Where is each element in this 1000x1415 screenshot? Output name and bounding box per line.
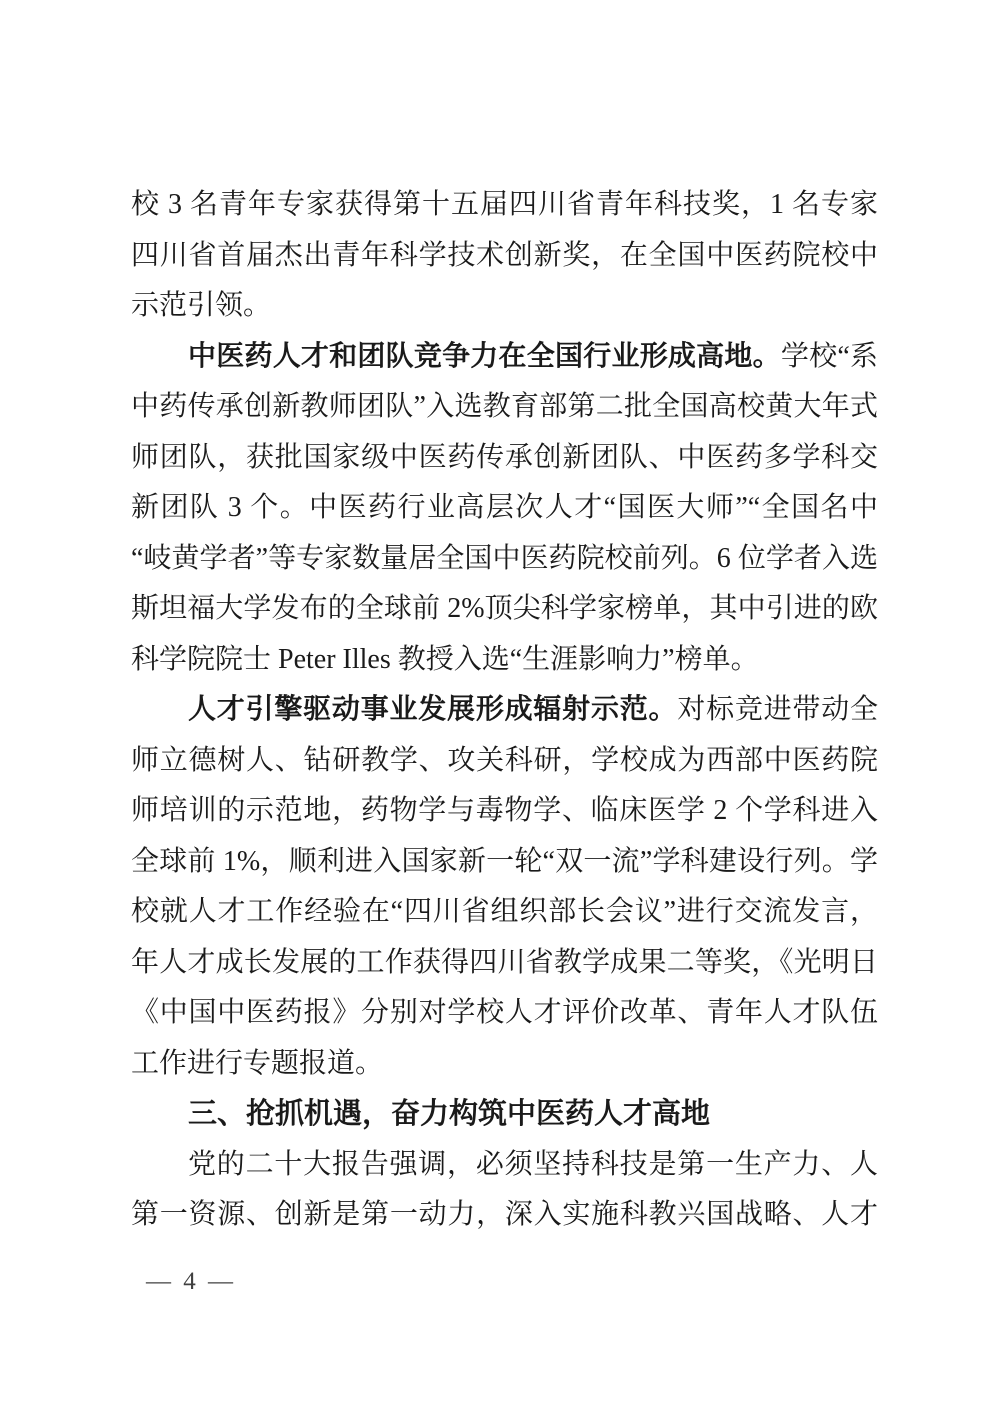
text-line: 全球前 1%，顺利进入国家新一轮“双一流”学科建设行列。学 xyxy=(131,837,878,888)
line-text: 第一资源、创新是第一动力，深入实施科教兴国战略、人才强国 xyxy=(131,1199,878,1241)
text-line: 人才引擎驱动事业发展形成辐射示范。对标竞进带动全体教 xyxy=(131,685,878,736)
text-line: 第一资源、创新是第一动力，深入实施科教兴国战略、人才强国 xyxy=(131,1190,878,1241)
text-line: 四川省首届杰出青年科学技术创新奖，在全国中医药院校中形成 xyxy=(131,231,878,282)
text-line: 师立德树人、钻研教学、攻关科研，学校成为西部中医药院校教 xyxy=(131,736,878,787)
line-text: 科学院院士 Peter Illes 教授入选“生涯影响力”榜单。 xyxy=(131,644,759,675)
document-body: 校 3 名青年专家获得第十五届四川省青年科技奖，1 名专家入选 四川省首届杰出青… xyxy=(131,180,878,1241)
line-text: 年人才成长发展的工作获得四川省教学成果二等奖，《光明日报》 xyxy=(131,947,878,989)
line-text: 师立德树人、钻研教学、攻关科研，学校成为西部中医药院校教 xyxy=(131,745,878,787)
text-line: 斯坦福大学发布的全球前 2%顶尖科学家榜单，其中引进的欧洲 xyxy=(131,584,878,635)
section-heading: 三、抢抓机遇，奋力构筑中医药人才高地 xyxy=(131,1089,878,1140)
line-text: 中药传承创新教师团队”入选教育部第二批全国高校黄大年式教 xyxy=(131,391,878,433)
text-line: 年人才成长发展的工作获得四川省教学成果二等奖，《光明日报》 xyxy=(131,938,878,989)
line-text: 四川省首届杰出青年科学技术创新奖，在全国中医药院校中形成 xyxy=(131,240,878,282)
text-line: 工作进行专题报道。 xyxy=(131,1039,878,1090)
text-line: 党的二十大报告强调，必须坚持科技是第一生产力、人才是 xyxy=(131,1140,878,1191)
text-line: 新团队 3 个。中医药行业高层次人才“国医大师”“全国名中医” xyxy=(131,483,878,534)
lead-sentence: 人才引擎驱动事业发展形成辐射示范。 xyxy=(188,694,677,725)
heading-text: 三、抢抓机遇，奋力构筑中医药人才高地 xyxy=(188,1098,710,1130)
line-text: 《中国中医药报》分别对学校人才评价改革、青年人才队伍建设 xyxy=(131,997,878,1039)
line-text: 校 3 名青年专家获得第十五届四川省青年科技奖，1 名专家入选 xyxy=(131,189,878,231)
lead-sentence: 中医药人才和团队竞争力在全国行业形成高地。 xyxy=(188,341,781,372)
line-text: 师团队，获批国家级中医药传承创新团队、中医药多学科交叉创 xyxy=(131,442,878,484)
text-line: 师团队，获批国家级中医药传承创新团队、中医药多学科交叉创 xyxy=(131,433,878,484)
line-text: 党的二十大报告强调，必须坚持科技是第一生产力、人才是 xyxy=(131,1149,878,1191)
text-line: 中医药人才和团队竞争力在全国行业形成高地。学校“系统 xyxy=(131,332,878,383)
text-line: 科学院院士 Peter Illes 教授入选“生涯影响力”榜单。 xyxy=(131,635,878,686)
line-text: 示范引领。 xyxy=(131,290,271,321)
line-text: 师培训的示范地，药物学与毒物学、临床医学 2 个学科进入 ESI xyxy=(131,795,878,837)
text-line: 《中国中医药报》分别对学校人才评价改革、青年人才队伍建设 xyxy=(131,988,878,1039)
page-number: — 4 — xyxy=(146,1268,236,1296)
text-line: “岐黄学者”等专家数量居全国中医药院校前列。6 位学者入选 xyxy=(131,534,878,585)
text-line: 校 3 名青年专家获得第十五届四川省青年科技奖，1 名专家入选 xyxy=(131,180,878,231)
line-text: 新团队 3 个。中医药行业高层次人才“国医大师”“全国名中医” xyxy=(131,492,878,534)
text-line: 中药传承创新教师团队”入选教育部第二批全国高校黄大年式教 xyxy=(131,382,878,433)
text-line: 师培训的示范地，药物学与毒物学、临床医学 2 个学科进入 ESI xyxy=(131,786,878,837)
text-line: 示范引领。 xyxy=(131,281,878,332)
line-text: 校就人才工作经验在“四川省组织部长会议”进行交流发言，青 xyxy=(131,896,878,938)
line-text: 工作进行专题报道。 xyxy=(131,1048,383,1079)
document-page: 校 3 名青年专家获得第十五届四川省青年科技奖，1 名专家入选 四川省首届杰出青… xyxy=(0,0,1000,1415)
line-text: 全球前 1%，顺利进入国家新一轮“双一流”学科建设行列。学 xyxy=(131,846,878,877)
text-line: 校就人才工作经验在“四川省组织部长会议”进行交流发言，青 xyxy=(131,887,878,938)
line-text: 斯坦福大学发布的全球前 2%顶尖科学家榜单，其中引进的欧洲 xyxy=(131,593,878,635)
line-text: “岐黄学者”等专家数量居全国中医药院校前列。6 位学者入选 xyxy=(131,543,878,574)
